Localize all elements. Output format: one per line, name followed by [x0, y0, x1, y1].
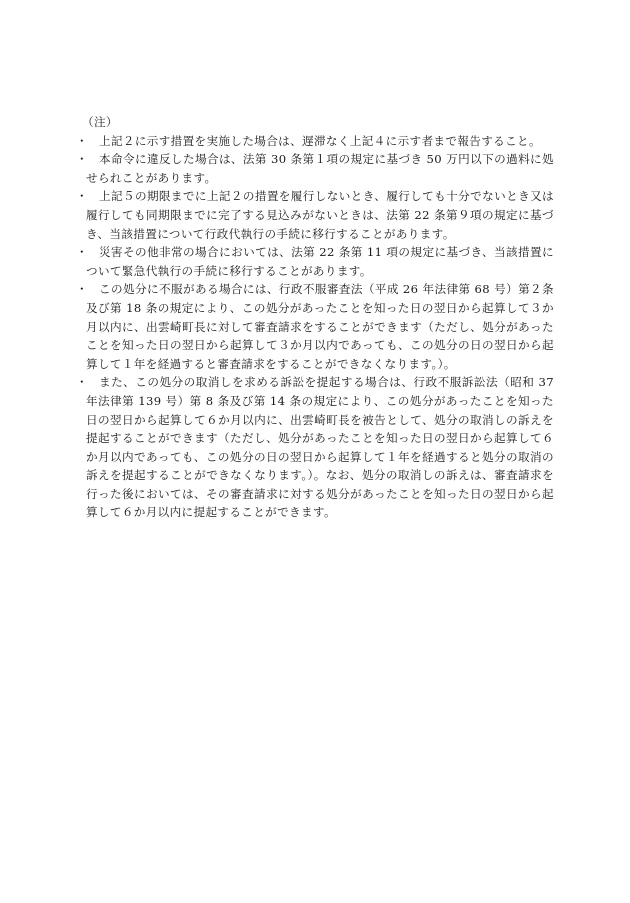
- note-text: この処分に不服がある場合には、行政不服審査法（平成 26 年法律第 68 号）第…: [86, 280, 554, 373]
- note-item: ・ また、この処分の取消しを求める訴訟を提起する場合は、行政不服訴訟法（昭和 3…: [76, 373, 554, 522]
- note-text: また、この処分の取消しを求める訴訟を提起する場合は、行政不服訴訟法（昭和 37 …: [86, 373, 554, 522]
- note-text: 災害その他非常の場合においては、法第 22 条第 11 項の規定に基づき、当該措…: [86, 243, 554, 280]
- note-item: ・ 災害その他非常の場合においては、法第 22 条第 11 項の規定に基づき、当…: [76, 243, 554, 280]
- notes-heading: （注）: [82, 113, 554, 132]
- note-item: ・ 本命令に違反した場合は、法第 30 条第１項の規定に基づき 50 万円以下の…: [76, 150, 554, 187]
- note-text: 上記２に示す措置を実施した場合は、遅滞なく上記４に示す者まで報告すること。: [86, 132, 554, 151]
- bullet-icon: ・: [76, 280, 86, 299]
- note-text: 上記５の期限までに上記２の措置を履行しないとき、履行しても十分でないとき又は履行…: [86, 187, 554, 243]
- note-item: ・ この処分に不服がある場合には、行政不服審査法（平成 26 年法律第 68 号…: [76, 280, 554, 373]
- notes-list: ・ 上記２に示す措置を実施した場合は、遅滞なく上記４に示す者まで報告すること。 …: [76, 132, 554, 522]
- bullet-icon: ・: [76, 243, 86, 262]
- bullet-icon: ・: [76, 132, 86, 151]
- note-item: ・ 上記５の期限までに上記２の措置を履行しないとき、履行しても十分でないとき又は…: [76, 187, 554, 243]
- bullet-icon: ・: [76, 187, 86, 206]
- bullet-icon: ・: [76, 150, 86, 169]
- note-text: 本命令に違反した場合は、法第 30 条第１項の規定に基づき 50 万円以下の過料…: [86, 150, 554, 187]
- document-page: （注） ・ 上記２に示す措置を実施した場合は、遅滞なく上記４に示す者まで報告する…: [0, 0, 630, 903]
- note-item: ・ 上記２に示す措置を実施した場合は、遅滞なく上記４に示す者まで報告すること。: [76, 132, 554, 151]
- notes-section: （注） ・ 上記２に示す措置を実施した場合は、遅滞なく上記４に示す者まで報告する…: [76, 113, 554, 522]
- bullet-icon: ・: [76, 373, 86, 392]
